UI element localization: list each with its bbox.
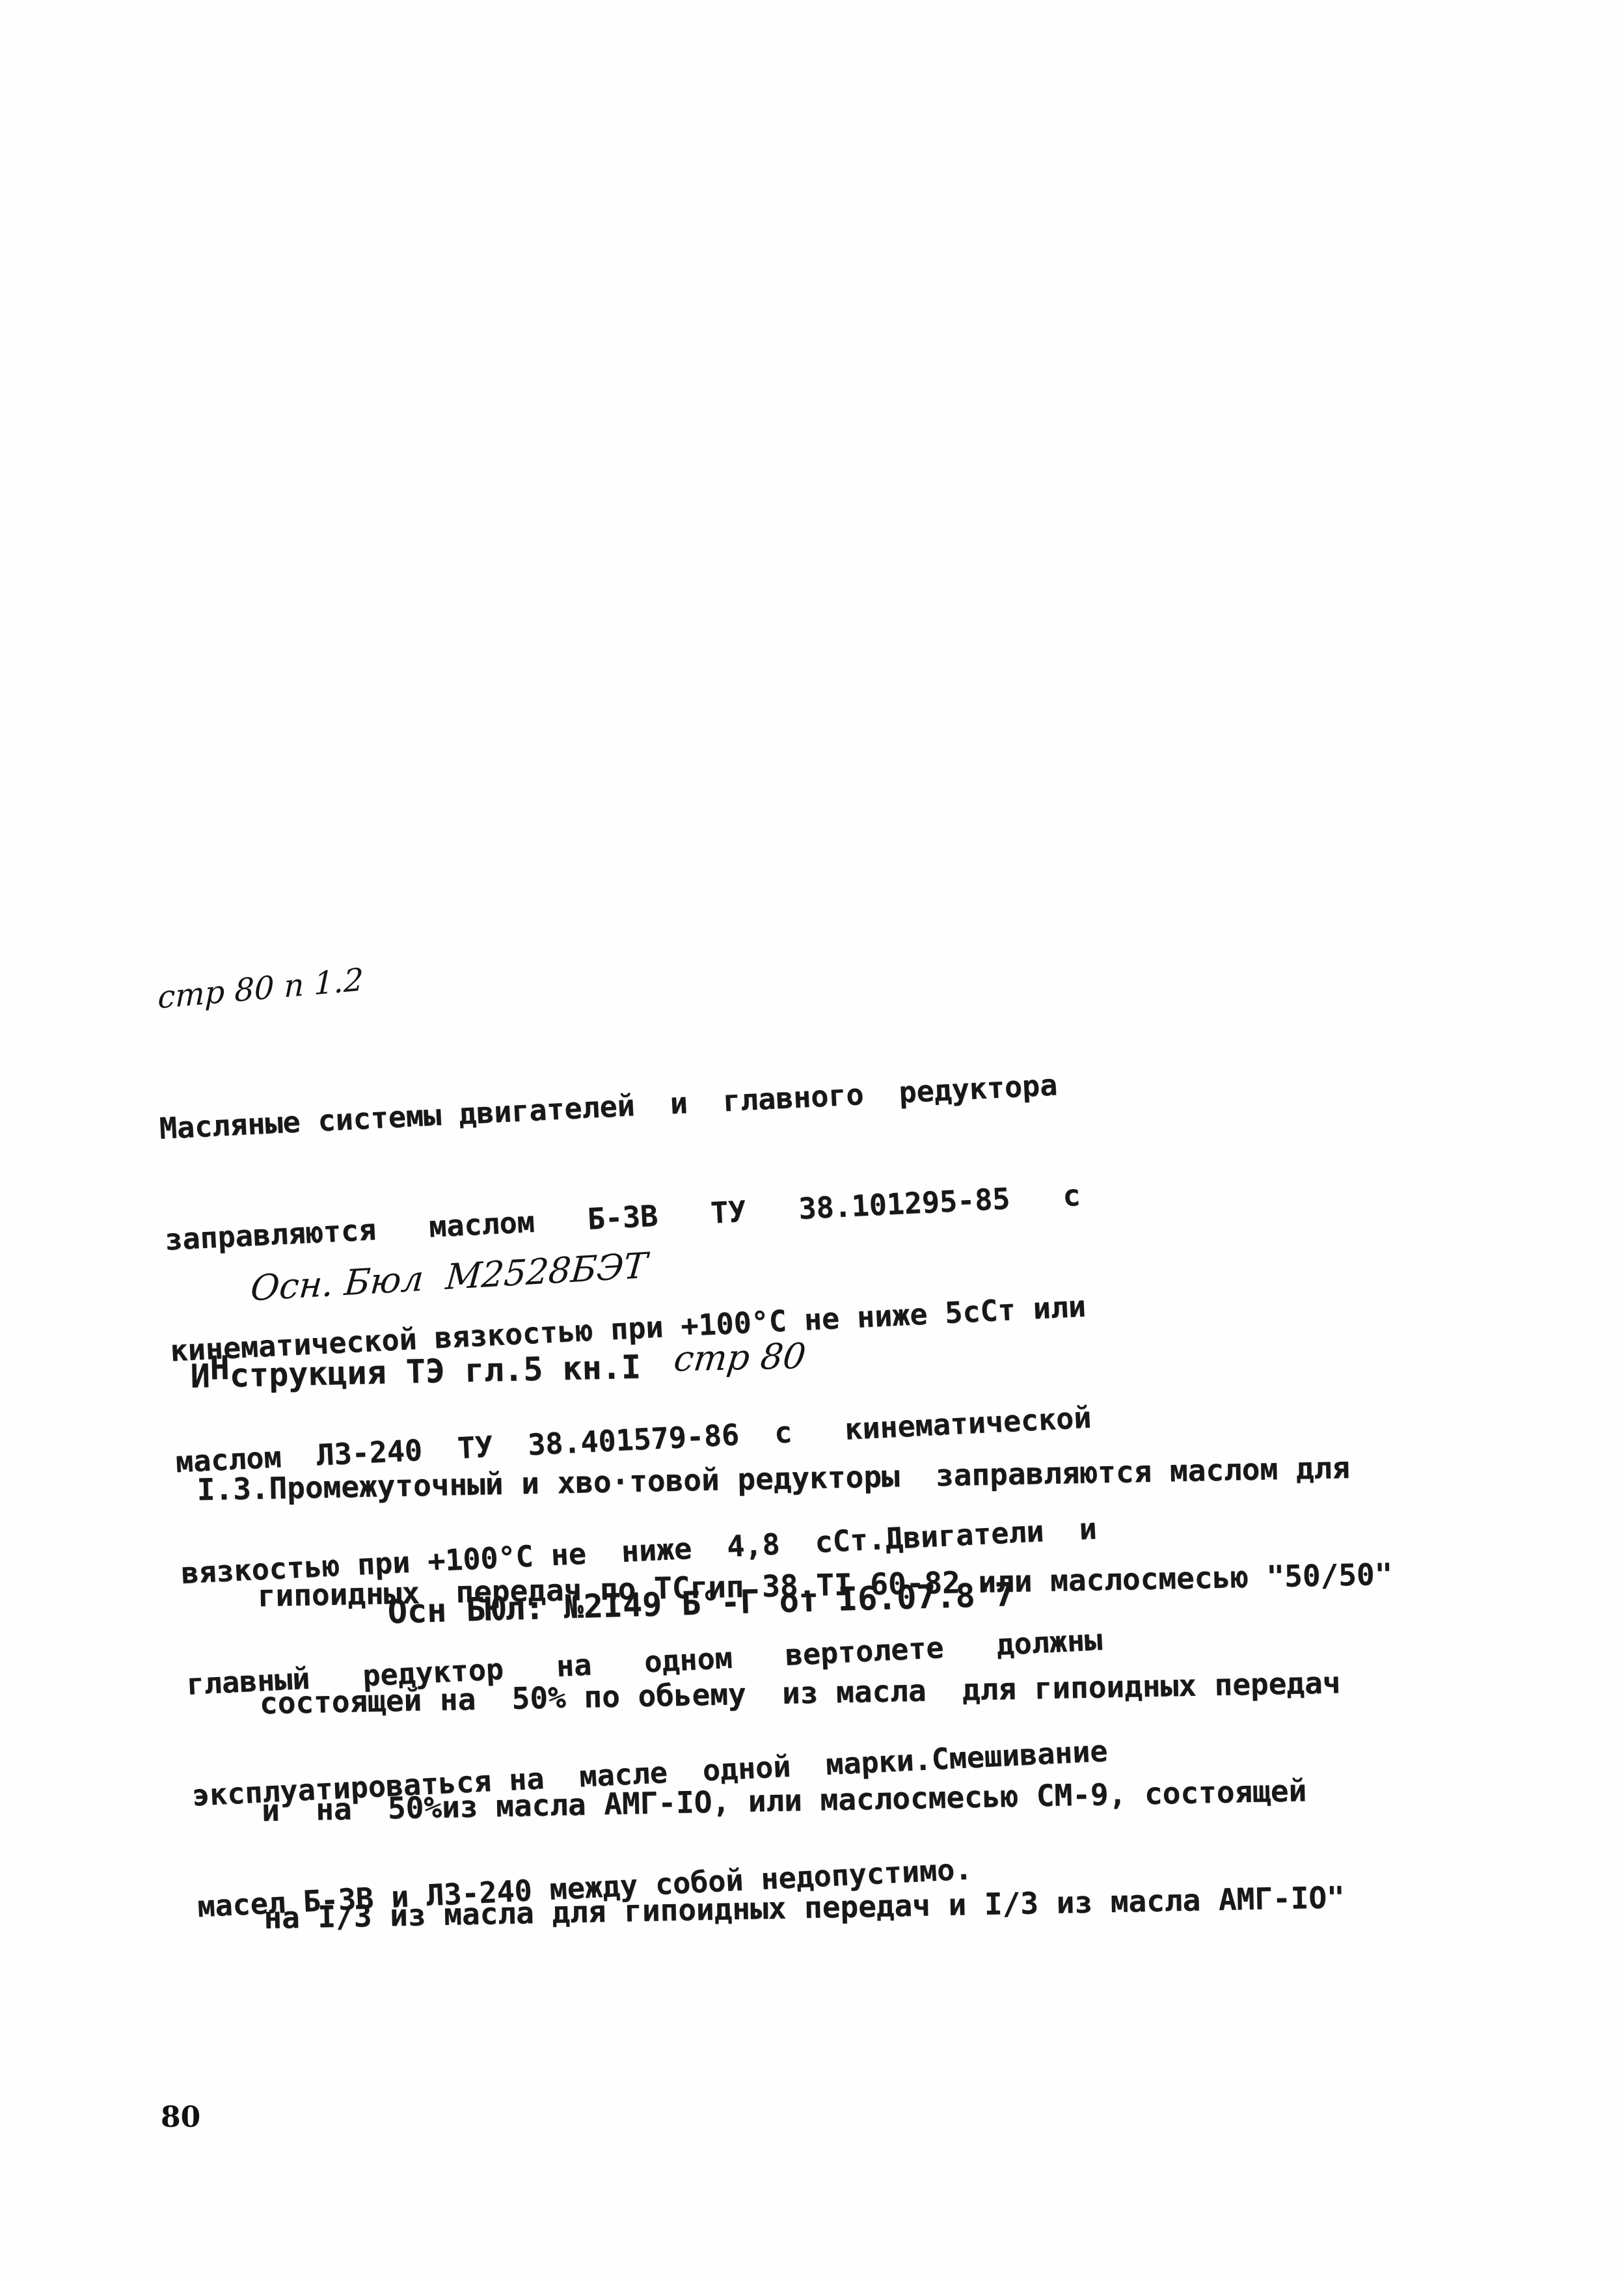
typed-line: состоящей на 50% по обьему из масла для … [200, 1664, 1394, 1723]
scanned-document-page: стр 80 п 1.2 Масляные системы двигателей… [0, 0, 1624, 2281]
page-number: 80 [161, 2101, 200, 2134]
typed-line: на I/3 из масла для гипоидных передач и … [205, 1879, 1399, 1937]
reference-text: струкция ТЭ гл.5 кн.I [229, 1348, 641, 1395]
handwritten-page-annotation: стр 80 п 1.2 [157, 961, 364, 1016]
typed-line: и на 50%из масла АМГ-IО, или маслосмесью… [203, 1771, 1397, 1830]
typed-line: Масляные системы двигателей и главного р… [159, 1065, 1076, 1147]
handwritten-page-ref: стр 80 [672, 1335, 808, 1379]
typed-paragraph-item-1-3: I.3.Промежуточный и хво·товой редукторы … [195, 1378, 1400, 2009]
reference-superscript-letter: Н [210, 1349, 230, 1387]
reference-prefix: И [190, 1357, 210, 1395]
typed-line: I.3.Промежуточный и хво·товой редукторы … [196, 1449, 1390, 1508]
